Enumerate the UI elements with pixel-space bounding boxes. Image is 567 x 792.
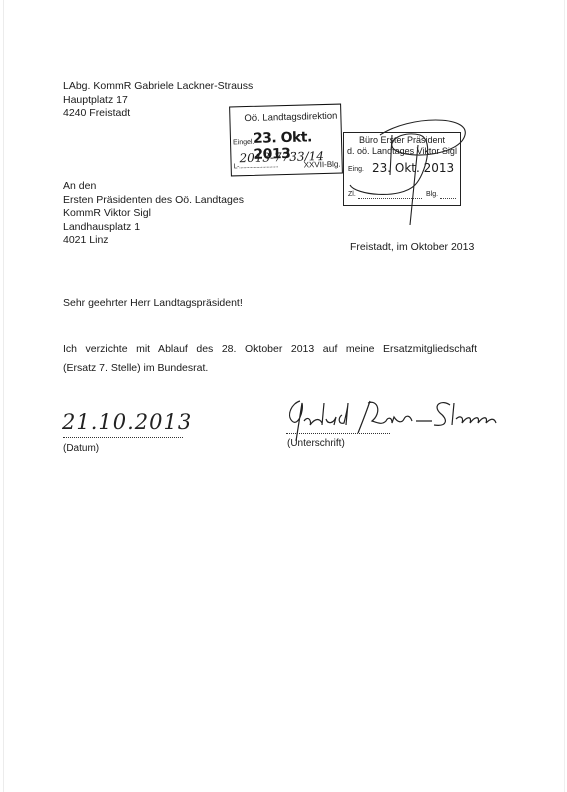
recipient-line-5: 4021 Linz xyxy=(63,234,244,248)
stamp-line-2: d. oö. Landtages Viktor Sigl xyxy=(344,146,460,156)
stamp-blg-label: Blg. xyxy=(426,191,438,198)
scan-edge-right xyxy=(564,0,565,792)
date-caption: (Datum) xyxy=(63,442,99,456)
recipient-line-4: Landhausplatz 1 xyxy=(63,221,244,235)
stamp-zl-dotted-line xyxy=(358,191,422,199)
recipient-line-3: KommR Viktor Sigl xyxy=(63,207,244,221)
letter-body: Ich verzichte mit Ablauf des 28. Oktober… xyxy=(63,340,477,378)
scan-edge-left xyxy=(3,0,4,792)
received-stamp-buero-praesident: Büro Erster Präsident d. oö. Landtages V… xyxy=(343,132,461,206)
sender-address: LAbg. KommR Gabriele Lackner-Strauss Hau… xyxy=(63,80,253,121)
sender-city: 4240 Freistadt xyxy=(63,107,253,121)
stamp-suffix: XXVII-Blg. xyxy=(304,160,341,170)
body-line-1: Ich verzichte mit Ablauf des 28. Oktober… xyxy=(63,340,477,359)
stamp-title: Oö. Landtagsdirektion xyxy=(244,111,337,124)
recipient-address: An den Ersten Präsidenten des Oö. Landta… xyxy=(63,180,244,248)
handwritten-signature xyxy=(282,393,502,443)
signature-dotted-line xyxy=(286,433,390,434)
stamp-date: 23. Okt. 2013 xyxy=(372,161,454,175)
stamp-received-label: Eing. xyxy=(348,166,364,173)
recipient-line-2: Ersten Präsidenten des Oö. Landtages xyxy=(63,194,244,208)
stamp-received-label: Eingel. xyxy=(233,139,255,147)
stamp-blg-dotted-line xyxy=(440,191,456,199)
sender-street: Hauptplatz 17 xyxy=(63,94,253,108)
stamp-zl-label: Zl. xyxy=(348,191,356,198)
sender-name: LAbg. KommR Gabriele Lackner-Strauss xyxy=(63,80,253,94)
recipient-line-1: An den xyxy=(63,180,244,194)
place-date: Freistadt, im Oktober 2013 xyxy=(350,241,474,255)
stamp-line-1: Büro Erster Präsident xyxy=(344,135,460,145)
handwritten-date: 21.10.2013 xyxy=(62,410,192,434)
received-stamp-landtagsdirektion: Oö. Landtagsdirektion Eingel. 23. Okt. 2… xyxy=(229,104,343,177)
stamp-prefix: L-........................... xyxy=(234,162,278,170)
signature-caption: (Unterschrift) xyxy=(287,437,345,451)
date-dotted-line xyxy=(63,437,183,438)
body-line-2: (Ersatz 7. Stelle) im Bundesrat. xyxy=(63,359,477,378)
document-page: LAbg. KommR Gabriele Lackner-Strauss Hau… xyxy=(0,0,567,792)
salutation: Sehr geehrter Herr Landtagspräsident! xyxy=(63,297,243,311)
